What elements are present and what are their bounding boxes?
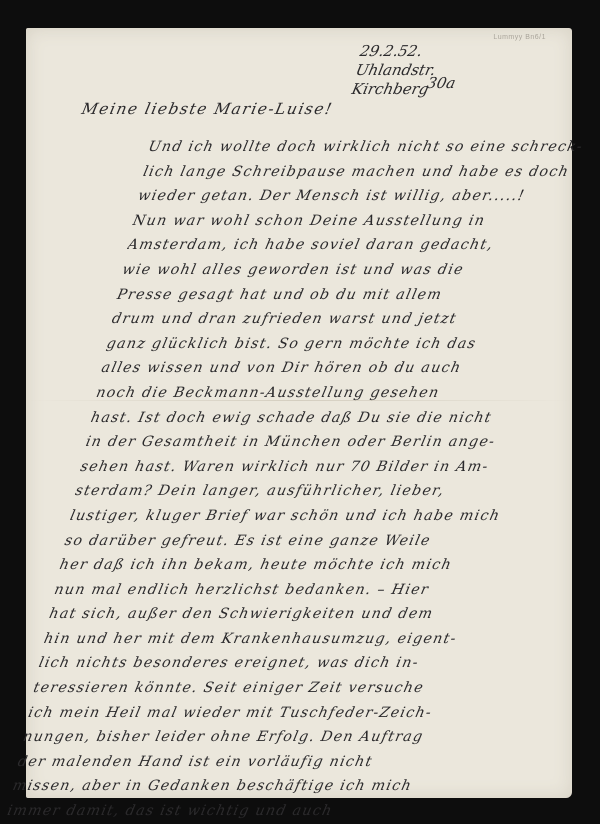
archive-stamp: Lummyy Bn6/1 [493,34,546,41]
letter-line: nun mal endlich herzlichst bedanken. – H… [52,578,547,603]
letter-line: drum und dran zufrieden warst und jetzt [109,307,600,332]
letter-line: teressieren könnte. Seit einiger Zeit ve… [31,676,526,701]
letter-line: so darüber gefreut. Es ist eine ganze We… [62,529,557,554]
letter-line: Nun war wohl schon Deine Ausstellung in [130,209,600,234]
letter-line: lich nichts besonderes ereignet, was dic… [36,651,531,676]
letter-line: sehen hast. Waren wirklich nur 70 Bilder… [78,455,573,480]
letter-house-number: 30a [425,74,457,93]
letter-line: alles wissen und von Dir hören ob du auc… [99,356,594,381]
letter-line: Amsterdam, ich habe soviel daran gedacht… [125,233,600,258]
letter-street: Uhlandstr. [354,61,437,80]
letter-line: ich mein Heil mal wieder mit Tuschfeder-… [26,701,521,726]
letter-body: Und ich wollte doch wirklich nicht so ei… [5,135,600,824]
letter-line: wie wohl alles geworden ist und was die [120,258,600,283]
letter-page: Lummyy Bn6/1 29.2.52. Uhlandstr. Kirchbe… [26,28,572,798]
letter-line: in der Gesamtheit in München oder Berlin… [83,430,578,455]
letter-line: Presse gesagt hat und ob du mit allem [115,283,600,308]
letter-line: hat sich, außer den Schwierigkeiten und … [47,602,542,627]
letter-line: hin und her mit dem Krankenhausumzug, ei… [41,627,536,652]
letter-line: Und ich wollte doch wirklich nicht so ei… [146,135,600,160]
letter-line: lustiger, kluger Brief war schön und ich… [68,504,563,529]
letter-line: noch die Beckmann-Ausstellung gesehen [94,381,589,406]
letter-line: missen, aber in Gedanken beschäftige ich… [10,774,505,799]
letter-line: sterdam? Dein langer, ausführlicher, lie… [73,479,568,504]
letter-line: der malenden Hand ist ein vorläufig nich… [15,750,510,775]
letter-date: 29.2.52. [358,42,441,61]
letter-line: wieder getan. Der Mensch ist willig, abe… [136,184,600,209]
letter-line: nungen, bisher leider ohne Erfolg. Den A… [20,725,515,750]
letter-line: hast. Ist doch ewig schade daß Du sie di… [88,406,583,431]
letter-line: immer damit, das ist wichtig und auch [5,799,500,824]
letter-header: 29.2.52. Uhlandstr. Kirchberg 30a [350,42,441,99]
letter-salutation: Meine liebste Marie-Luise! [80,100,335,118]
letter-line: ganz glücklich bist. So gern möchte ich … [104,332,599,357]
letter-line: her daß ich ihn bekam, heute möchte ich … [57,553,552,578]
letter-city: Kirchberg [350,80,433,99]
letter-line: lich lange Schreibpause machen und habe … [141,160,600,185]
